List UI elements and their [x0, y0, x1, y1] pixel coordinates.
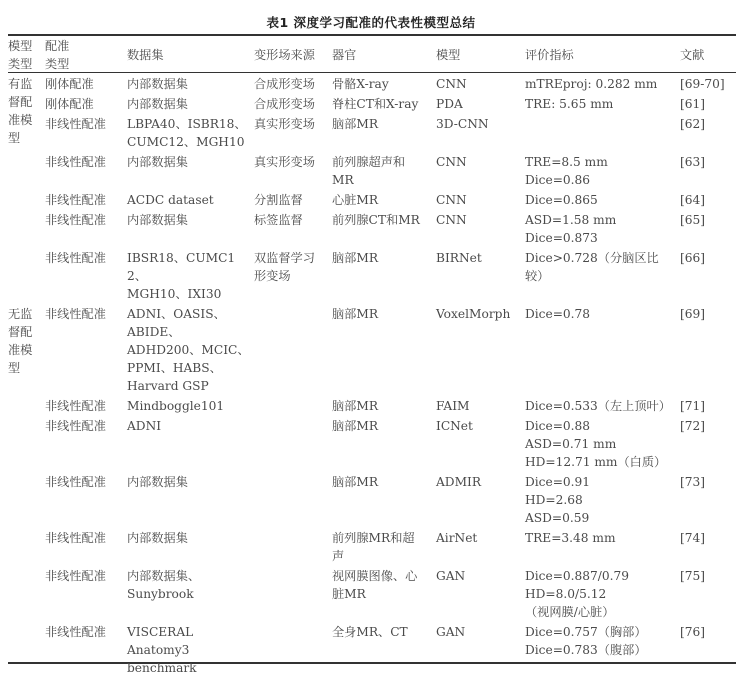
cell-model: ADMIR	[436, 473, 525, 529]
cell-model: GAN	[436, 567, 525, 623]
cell-registration-type: 非线性配准	[45, 397, 127, 417]
table-row: 非线性配准内部数据集标签监督前列腺CT和MRCNNASD=1.58 mmDice…	[8, 211, 736, 249]
cell-model-type: 无监督配准模型	[8, 305, 45, 673]
cell-dataset: ADNI、OASIS、ABIDE、ADHD200、MCIC、PPMI、HABS、…	[127, 305, 254, 397]
table-row: 有监督配准模型刚体配准内部数据集合成形变场骨骼X-rayCNNmTREproj:…	[8, 75, 736, 95]
cell-reference: [69-70]	[680, 75, 736, 95]
top-rule	[8, 34, 736, 36]
cell-model: PDA	[436, 95, 525, 115]
cell-reference: [74]	[680, 529, 736, 567]
cell-metrics	[525, 115, 680, 153]
cell-reference: [65]	[680, 211, 736, 249]
header-reference: 文献	[680, 37, 736, 73]
cell-dataset: 内部数据集	[127, 75, 254, 95]
cell-reference: [71]	[680, 397, 736, 417]
cell-reference: [64]	[680, 191, 736, 211]
cell-model: AirNet	[436, 529, 525, 567]
table-row: 无监督配准模型非线性配准ADNI、OASIS、ABIDE、ADHD200、MCI…	[8, 305, 736, 397]
cell-dataset: VISCERALAnatomy3benchmark	[127, 623, 254, 673]
table-row: 非线性配准内部数据集脑部MRADMIRDice=0.91HD=2.68ASD=0…	[8, 473, 736, 529]
cell-organ: 脑部MR	[332, 473, 436, 529]
cell-dataset: LBPA40、ISBR18、CUMC12、MGH10	[127, 115, 254, 153]
header-metrics: 评价指标	[525, 37, 680, 73]
header-dataset: 数据集	[127, 37, 254, 73]
cell-deformation-source: 双监督学习形变场	[254, 249, 332, 305]
cell-deformation-source	[254, 305, 332, 397]
cell-registration-type: 非线性配准	[45, 529, 127, 567]
table-row: 非线性配准内部数据集、Sunybrook视网膜图像、心脏MRGANDice=0.…	[8, 567, 736, 623]
cell-dataset: ADNI	[127, 417, 254, 473]
cell-deformation-source: 真实形变场	[254, 115, 332, 153]
cell-model: CNN	[436, 153, 525, 191]
cell-deformation-source	[254, 567, 332, 623]
cell-registration-type: 非线性配准	[45, 211, 127, 249]
table-row: 非线性配准Mindboggle101脑部MRFAIMDice=0.533（左上顶…	[8, 397, 736, 417]
cell-registration-type: 非线性配准	[45, 623, 127, 673]
cell-model-type: 有监督配准模型	[8, 75, 45, 305]
cell-deformation-source	[254, 417, 332, 473]
header-model: 模型	[436, 37, 525, 73]
cell-model: FAIM	[436, 397, 525, 417]
cell-reference: [63]	[680, 153, 736, 191]
table-row: 非线性配准内部数据集真实形变场前列腺超声和MRCNNTRE=8.5 mmDice…	[8, 153, 736, 191]
cell-registration-type: 非线性配准	[45, 417, 127, 473]
cell-organ: 心脏MR	[332, 191, 436, 211]
cell-registration-type: 刚体配准	[45, 75, 127, 95]
cell-metrics: Dice=0.757（胸部）Dice=0.783（腹部）	[525, 623, 680, 673]
cell-organ: 脑部MR	[332, 305, 436, 397]
cell-organ: 骨骼X-ray	[332, 75, 436, 95]
table-row: 非线性配准VISCERALAnatomy3benchmark全身MR、CTGAN…	[8, 623, 736, 673]
cell-metrics: Dice=0.88ASD=0.71 mmHD=12.71 mm（白质）	[525, 417, 680, 473]
cell-model: CNN	[436, 211, 525, 249]
cell-organ: 脑部MR	[332, 397, 436, 417]
cell-dataset: 内部数据集	[127, 211, 254, 249]
table-body: 有监督配准模型刚体配准内部数据集合成形变场骨骼X-rayCNNmTREproj:…	[8, 75, 736, 673]
cell-metrics: TRE=8.5 mmDice=0.86	[525, 153, 680, 191]
cell-deformation-source	[254, 397, 332, 417]
cell-registration-type: 刚体配准	[45, 95, 127, 115]
cell-organ: 前列腺超声和MR	[332, 153, 436, 191]
cell-metrics: TRE: 5.65 mm	[525, 95, 680, 115]
cell-model: GAN	[436, 623, 525, 673]
table-row: 非线性配准ACDC dataset分割监督心脏MRCNNDice=0.865[6…	[8, 191, 736, 211]
cell-model: CNN	[436, 191, 525, 211]
table-caption: 表1 深度学习配准的代表性模型总结	[0, 13, 742, 31]
cell-dataset: 内部数据集	[127, 473, 254, 529]
cell-model: VoxelMorph	[436, 305, 525, 397]
cell-registration-type: 非线性配准	[45, 567, 127, 623]
cell-registration-type: 非线性配准	[45, 249, 127, 305]
cell-deformation-source	[254, 529, 332, 567]
cell-organ: 脊柱CT和X-ray	[332, 95, 436, 115]
cell-organ: 前列腺MR和超声	[332, 529, 436, 567]
cell-registration-type: 非线性配准	[45, 473, 127, 529]
table-row: 非线性配准内部数据集前列腺MR和超声AirNetTRE=3.48 mm[74]	[8, 529, 736, 567]
cell-dataset: 内部数据集、Sunybrook	[127, 567, 254, 623]
cell-metrics: Dice>0.728（分脑区比较）	[525, 249, 680, 305]
header-deformation-source: 变形场来源	[254, 37, 332, 73]
header-registration-type: 配准 类型	[45, 37, 127, 73]
cell-deformation-source	[254, 473, 332, 529]
cell-registration-type: 非线性配准	[45, 191, 127, 211]
cell-reference: [69]	[680, 305, 736, 397]
cell-organ: 前列腺CT和MR	[332, 211, 436, 249]
cell-reference: [66]	[680, 249, 736, 305]
cell-deformation-source: 真实形变场	[254, 153, 332, 191]
table-row: 非线性配准ADNI脑部MRICNetDice=0.88ASD=0.71 mmHD…	[8, 417, 736, 473]
cell-organ: 全身MR、CT	[332, 623, 436, 673]
cell-registration-type: 非线性配准	[45, 153, 127, 191]
header-model-type: 模型 类型	[8, 37, 45, 73]
cell-metrics: Dice=0.91HD=2.68ASD=0.59	[525, 473, 680, 529]
cell-dataset: 内部数据集	[127, 529, 254, 567]
cell-metrics: Dice=0.865	[525, 191, 680, 211]
cell-deformation-source: 标签监督	[254, 211, 332, 249]
table-row: 刚体配准内部数据集合成形变场脊柱CT和X-rayPDATRE: 5.65 mm[…	[8, 95, 736, 115]
cell-model: CNN	[436, 75, 525, 95]
header-organ: 器官	[332, 37, 436, 73]
cell-metrics: ASD=1.58 mmDice=0.873	[525, 211, 680, 249]
cell-reference: [62]	[680, 115, 736, 153]
cell-model: ICNet	[436, 417, 525, 473]
cell-organ: 脑部MR	[332, 249, 436, 305]
cell-deformation-source	[254, 623, 332, 673]
cell-metrics: mTREproj: 0.282 mm	[525, 75, 680, 95]
cell-dataset: 内部数据集	[127, 153, 254, 191]
cell-metrics: Dice=0.533（左上顶叶）	[525, 397, 680, 417]
cell-deformation-source: 合成形变场	[254, 95, 332, 115]
cell-reference: [61]	[680, 95, 736, 115]
cell-registration-type: 非线性配准	[45, 305, 127, 397]
table-header: 模型 类型 配准 类型 数据集 变形场来源 器官 模型 评价指标 文献	[8, 37, 736, 73]
cell-metrics: TRE=3.48 mm	[525, 529, 680, 567]
cell-deformation-source: 分割监督	[254, 191, 332, 211]
cell-organ: 视网膜图像、心脏MR	[332, 567, 436, 623]
cell-organ: 脑部MR	[332, 417, 436, 473]
cell-reference: [76]	[680, 623, 736, 673]
table-row: 非线性配准IBSR18、CUMC12、MGH10、IXI30双监督学习形变场脑部…	[8, 249, 736, 305]
cell-reference: [72]	[680, 417, 736, 473]
cell-reference: [75]	[680, 567, 736, 623]
cell-metrics: Dice=0.887/0.79HD=8.0/5.12（视网膜/心脏）	[525, 567, 680, 623]
table-row: 非线性配准LBPA40、ISBR18、CUMC12、MGH10真实形变场脑部MR…	[8, 115, 736, 153]
cell-dataset: IBSR18、CUMC12、MGH10、IXI30	[127, 249, 254, 305]
cell-organ: 脑部MR	[332, 115, 436, 153]
cell-model: BIRNet	[436, 249, 525, 305]
cell-registration-type: 非线性配准	[45, 115, 127, 153]
cell-dataset: 内部数据集	[127, 95, 254, 115]
cell-model: 3D-CNN	[436, 115, 525, 153]
cell-deformation-source: 合成形变场	[254, 75, 332, 95]
cell-reference: [73]	[680, 473, 736, 529]
cell-dataset: Mindboggle101	[127, 397, 254, 417]
cell-dataset: ACDC dataset	[127, 191, 254, 211]
cell-metrics: Dice=0.78	[525, 305, 680, 397]
